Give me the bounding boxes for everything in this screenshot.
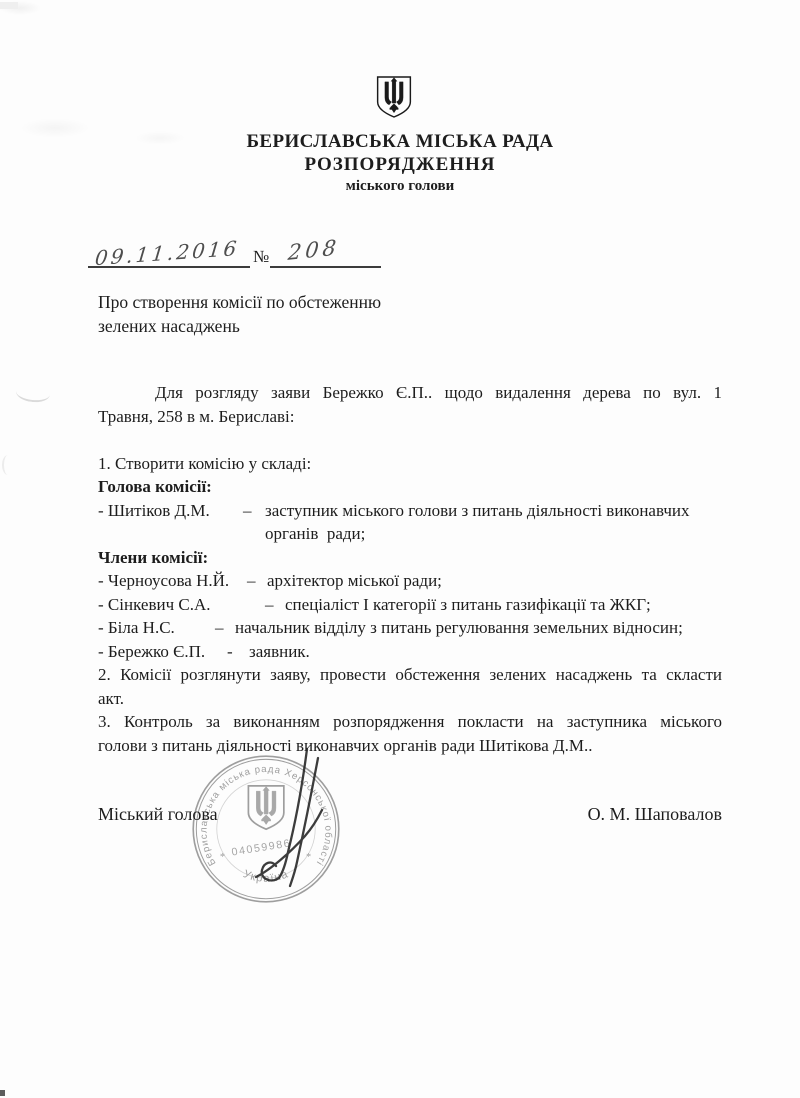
- member-role: начальник відділу з питань регулювання з…: [235, 616, 722, 640]
- scanned-document-page: БЕРИСЛАВСЬКА МІСЬКА РАДА РОЗПОРЯДЖЕННЯ м…: [0, 0, 800, 1098]
- commission-member-row: - Сінкевич С.А. – спеціаліст І категорії…: [98, 593, 722, 617]
- number-sign: №: [253, 247, 269, 267]
- member-dash: –: [247, 569, 267, 593]
- item-2-line: акт.: [98, 687, 722, 711]
- intro-line: Травня, 258 в м. Бериславі:: [98, 405, 722, 429]
- member-role: заявник.: [249, 640, 722, 664]
- number-handwritten: 208: [287, 235, 341, 265]
- head-label: Голова комісії:: [98, 475, 722, 499]
- member-role: архітектор міської ради;: [267, 569, 722, 593]
- org-name: БЕРИСЛАВСЬКА МІСЬКА РАДА: [0, 131, 800, 153]
- members-label: Члени комісії:: [98, 546, 722, 570]
- member-name: - Біла Н.С.: [98, 616, 215, 640]
- commission-head-row: - Шитіков Д.М. – заступник міського голо…: [98, 499, 722, 546]
- doc-type-title: РОЗПОРЯДЖЕННЯ: [0, 154, 800, 176]
- scan-artifact-curve: [2, 455, 14, 475]
- subject-line: Про створення комісії по обстеженню: [98, 290, 518, 314]
- doc-subtitle: міського голови: [0, 178, 800, 195]
- member-name: - Шитіков Д.М.: [98, 499, 243, 546]
- subject-line: зелених насаджень: [98, 314, 518, 338]
- commission-member-row: - Бережко Є.П. - заявник.: [98, 640, 722, 664]
- member-dash: –: [215, 616, 235, 640]
- member-role: заступник міського голови з питань діяль…: [265, 499, 722, 546]
- commission-member-row: - Біла Н.С. – начальник відділу з питань…: [98, 616, 722, 640]
- signature-row: Міський голова О. М. Шаповалов: [98, 804, 722, 825]
- member-dash: -: [227, 640, 249, 664]
- member-dash: –: [243, 499, 265, 546]
- signature-title: Міський голова: [98, 804, 218, 825]
- item-3-line: 3. Контроль за виконанням розпорядження …: [98, 710, 722, 734]
- date-handwritten: 09.11.2016: [94, 236, 241, 270]
- number-underline: [270, 266, 381, 268]
- commission-member-row: - Черноусова Н.Й. – архітектор міської р…: [98, 569, 722, 593]
- date-underline: [88, 266, 250, 268]
- signature-name: О. М. Шаповалов: [588, 804, 722, 825]
- member-role: спеціаліст І категорії з питань газифіка…: [285, 593, 722, 617]
- member-name: - Сінкевич С.А.: [98, 593, 265, 617]
- ukraine-trident-emblem-icon: [374, 70, 414, 124]
- item-1: 1. Створити комісію у складі:: [98, 452, 722, 476]
- subject-block: Про створення комісії по обстеженню зеле…: [98, 290, 518, 338]
- member-name: - Бережко Є.П.: [98, 640, 227, 664]
- document-body: Для розгляду заяви Бережко Є.П.. щодо ви…: [98, 381, 722, 757]
- stamp-star: *: [220, 852, 225, 863]
- member-name: - Черноусова Н.Й.: [98, 569, 247, 593]
- scan-artifact-curve: [15, 382, 51, 403]
- member-dash: –: [265, 593, 285, 617]
- intro-line: Для розгляду заяви Бережко Є.П.. щодо ви…: [98, 381, 722, 405]
- scan-smudge: [0, 2, 18, 9]
- item-2-line: 2. Комісії розглянути заяву, провести об…: [98, 663, 722, 687]
- scan-speck: [0, 1090, 5, 1096]
